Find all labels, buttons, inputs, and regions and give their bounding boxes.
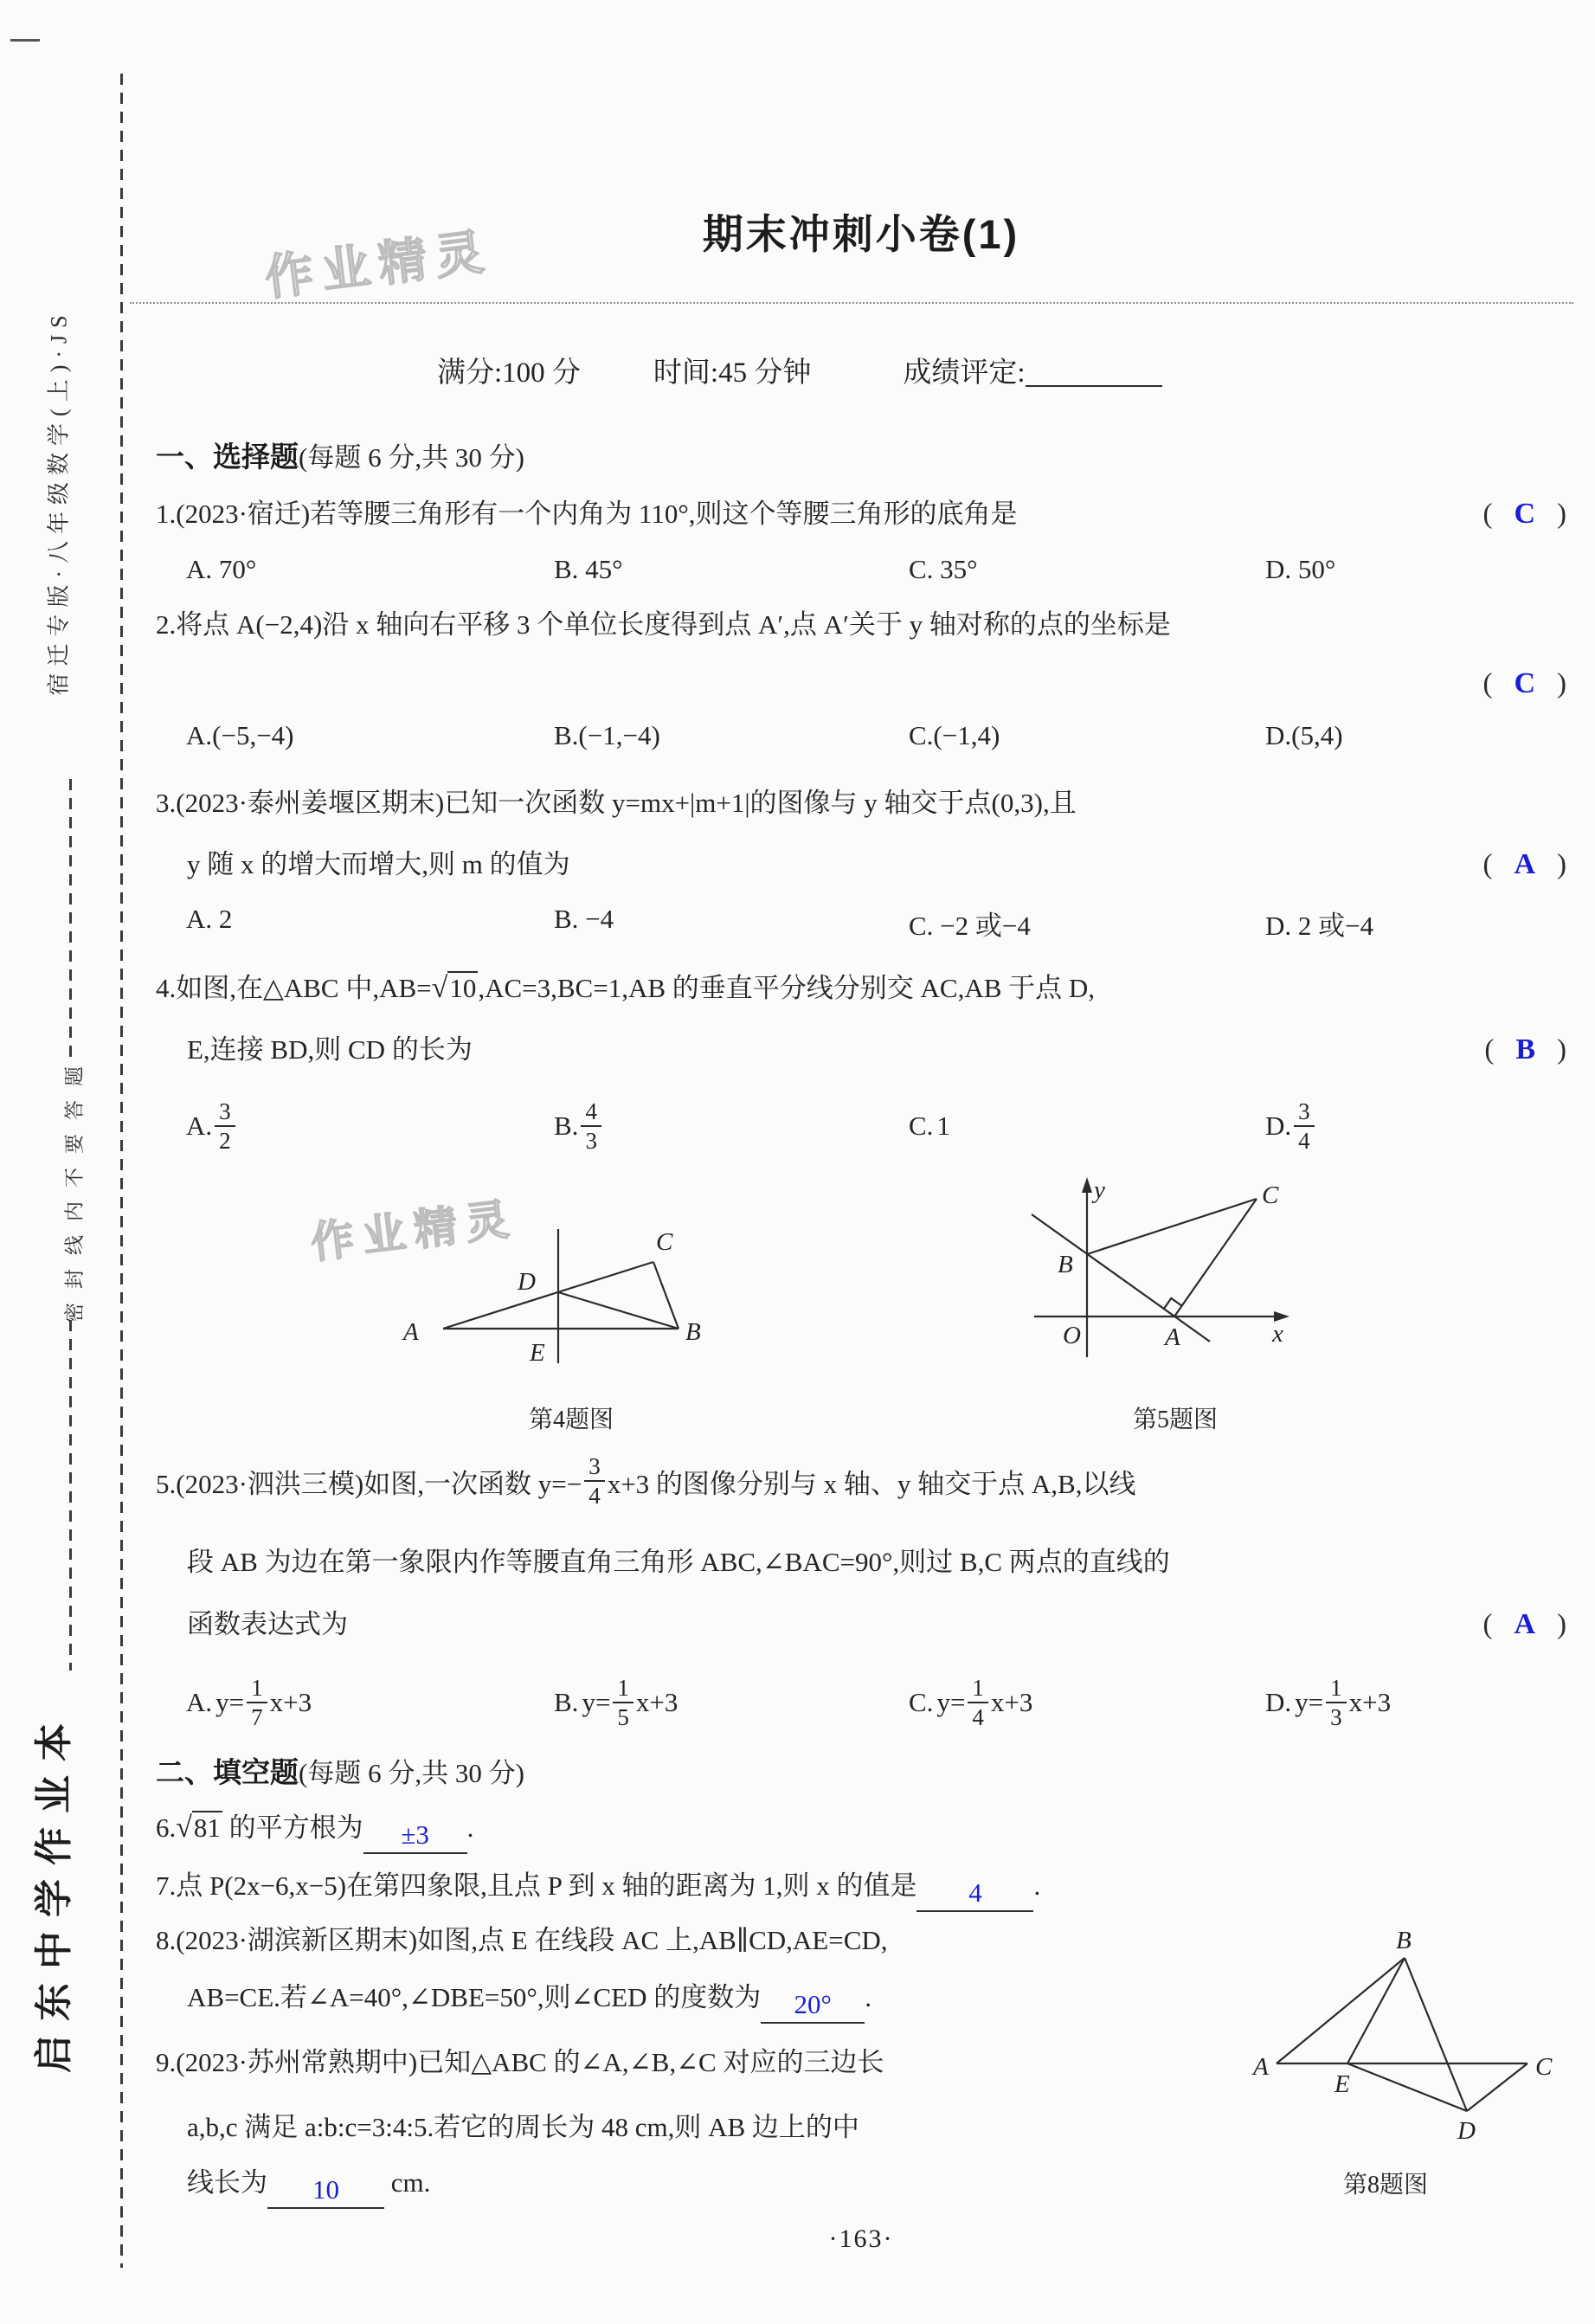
- fig4-line-ac: [443, 1262, 653, 1329]
- section-2-title: 二、填空题: [156, 1756, 299, 1788]
- fig8-label-c: C: [1535, 2053, 1553, 2081]
- fraction: 43: [581, 1099, 601, 1154]
- paren-right: ): [1557, 1034, 1566, 1065]
- question-2-answer: C: [1492, 667, 1557, 699]
- question-8-blank: 20°: [761, 1989, 865, 2024]
- option-value: 1: [933, 1110, 950, 1142]
- question-4-options: A.32 B.43 C.1 D.34: [156, 1092, 1566, 1160]
- fig8-line-ab: [1277, 1958, 1405, 2063]
- fig8-line-dc: [1467, 2063, 1527, 2111]
- option-label: C.: [909, 1687, 933, 1718]
- question-5-text-4: 函数表达式为: [187, 1606, 348, 1644]
- question-8-period: .: [865, 1982, 871, 2012]
- question-3-options: A. 2 B. −4 C. −2 或−4 D. 2 或−4: [156, 904, 1566, 943]
- fig5-label-c: C: [1262, 1181, 1279, 1209]
- paren-right: ): [1557, 849, 1566, 880]
- worksheet-page: 宿迁专版·八年级数学(上)·JS 密封线内不要答题 启东中学作业本 作业精灵 作…: [0, 0, 1595, 2324]
- question-1-answer: C: [1492, 498, 1557, 530]
- option-label: A.: [186, 1110, 212, 1142]
- paren-left: (: [1484, 1034, 1494, 1065]
- question-2-answer-box: (C): [1482, 668, 1566, 699]
- question-4-line-2: E,连接 BD,则 CD 的长为 (B): [156, 1031, 1566, 1069]
- fig8-line-ed: [1347, 2063, 1467, 2111]
- option-d: D. 2 或−4: [1265, 904, 1566, 943]
- section-1-note: (每题 6 分,共 30 分): [299, 442, 524, 473]
- option-c: C.(−1,4): [909, 720, 1265, 751]
- section-2-header: 二、填空题(每题 6 分,共 30 分): [156, 1754, 1566, 1792]
- paren-right: ): [1557, 668, 1566, 699]
- option-label: D.: [1265, 1110, 1291, 1142]
- option-label: D.: [1265, 1687, 1291, 1718]
- question-5-answer: A: [1492, 1608, 1557, 1640]
- question-9-text-2: a,b,c 满足 a:b:c=3:4:5.若它的周长为 48 cm,则 AB 边…: [187, 2112, 859, 2142]
- sqrt-expression: √81: [176, 1812, 222, 1843]
- fig5-line-bc: [1087, 1199, 1257, 1254]
- question-5-text-2: x+3 的图像分别与 x 轴、y 轴交于点 A,B,以线: [608, 1462, 1136, 1501]
- fig5-label-a: A: [1163, 1323, 1180, 1351]
- fig4-label-e: E: [529, 1339, 545, 1367]
- question-6: 6.√81 的平方根为±3.: [156, 1809, 1566, 1847]
- question-5-line-1: 5.(2023·泗洪三模)如图,一次函数 y=−34x+3 的图像分别与 x 轴…: [156, 1447, 1566, 1515]
- sqrt-expression: √10: [432, 973, 479, 1003]
- option-c: C.y=14x+3: [909, 1676, 1265, 1730]
- seal-dashed-line-outer: [120, 74, 123, 2268]
- question-5-options: A.y=17x+3 B.y=15x+3 C.y=14x+3 D.y=13x+3: [156, 1669, 1566, 1736]
- question-1: 1.(2023·宿迁)若等腰三角形有一个内角为 110°,则这个等腰三角形的底角…: [156, 495, 1566, 533]
- figure-q4-caption: 第4题图: [529, 1400, 614, 1435]
- option-label: A.: [186, 1687, 212, 1718]
- question-6-period: .: [467, 1812, 474, 1843]
- option-b: B.43: [554, 1099, 909, 1154]
- seal-dashed-line-inner-top: [69, 779, 72, 1060]
- figure-q8-triangle-diagram: B A E C D: [1238, 1926, 1584, 2155]
- seal-dashed-line-inner-bottom: [69, 1320, 72, 1671]
- question-7-period: .: [1033, 1870, 1040, 1901]
- option-a: A. 2: [186, 904, 554, 943]
- question-1-answer-box: (C): [1482, 495, 1566, 533]
- figure-q4-triangle-diagram: A B C D E: [363, 1203, 874, 1407]
- question-6-number: 6.: [156, 1812, 176, 1843]
- option-b: B. 45°: [554, 554, 909, 585]
- paren-left: (: [1482, 1609, 1492, 1640]
- question-4-answer: B: [1494, 1033, 1557, 1065]
- option-label: C.: [909, 1110, 933, 1142]
- option-d: D.34: [1265, 1099, 1566, 1154]
- question-9-text-3: 线长为: [187, 2167, 267, 2198]
- radical-sign: √: [176, 1812, 192, 1844]
- fig5-label-y: y: [1091, 1176, 1105, 1204]
- question-4-answer-box: (B): [1484, 1031, 1566, 1069]
- question-3-answer-box: (A): [1482, 846, 1566, 884]
- fig5-y-arrow: [1082, 1177, 1092, 1193]
- fraction: 32: [215, 1099, 235, 1154]
- question-4-text-2: ,AC=3,BC=1,AB 的垂直平分线分别交 AC,AB 于点 D,: [478, 973, 1095, 1003]
- question-5-text-3: 段 AB 为边在第一象限内作等腰直角三角形 ABC,∠BAC=90°,则过 B,…: [187, 1547, 1170, 1577]
- fig4-line-cb: [653, 1262, 679, 1329]
- option-d: D. 50°: [1265, 554, 1566, 585]
- question-2-options: A.(−5,−4) B.(−1,−4) C.(−1,4) D.(5,4): [156, 720, 1566, 751]
- fraction: 17: [247, 1676, 267, 1730]
- option-label: B.: [554, 1687, 578, 1718]
- option-c: C.1: [909, 1110, 1265, 1142]
- question-3-text-1: 3.(2023·泰州姜堰区期末)已知一次函数 y=mx+|m+1|的图像与 y …: [156, 788, 1077, 818]
- question-8-text-1: 8.(2023·湖滨新区期末)如图,点 E 在线段 AC 上,AB∥CD,AE=…: [156, 1925, 888, 1955]
- question-9-answer: 10: [312, 2174, 339, 2205]
- question-3-answer: A: [1492, 848, 1557, 880]
- question-1-options: A. 70° B. 45° C. 35° D. 50°: [156, 554, 1566, 585]
- question-4-text-1: 4.如图,在△ABC 中,AB=: [156, 973, 432, 1003]
- fig5-label-x: x: [1271, 1320, 1283, 1348]
- question-3-line-2: y 随 x 的增大而增大,则 m 的值为 (A): [156, 846, 1566, 884]
- question-2-answer-row: (C): [156, 665, 1566, 703]
- question-8-answer: 20°: [794, 1989, 832, 2019]
- question-5-line-2: 段 AB 为边在第一象限内作等腰直角三角形 ABC,∠BAC=90°,则过 B,…: [156, 1543, 1566, 1581]
- fraction: 34: [584, 1454, 605, 1509]
- option-a: A. 70°: [186, 554, 554, 585]
- question-6-answer: ±3: [401, 1819, 429, 1850]
- radical-sign: √: [432, 972, 448, 1004]
- question-4-line-1: 4.如图,在△ABC 中,AB=√10,AC=3,BC=1,AB 的垂直平分线分…: [156, 969, 1566, 1007]
- question-9-unit: cm.: [384, 2167, 430, 2198]
- question-6-blank: ±3: [363, 1819, 467, 1854]
- radicand: 10: [447, 971, 478, 1003]
- section-1-header: 一、选择题(每题 6 分,共 30 分): [156, 438, 1566, 476]
- sidebar-edition-text: 宿迁专版·八年级数学(上)·JS: [42, 308, 74, 695]
- question-9-text-1: 9.(2023·苏州常熟期中)已知△ABC 的∠A,∠B,∠C 对应的三边长: [156, 2047, 884, 2077]
- question-2-text: 2.将点 A(−2,4)沿 x 轴向右平移 3 个单位长度得到点 A′,点 A′…: [156, 609, 1171, 640]
- figure-q8-caption: 第8题图: [1343, 2166, 1428, 2200]
- fig8-label-e: E: [1334, 2070, 1350, 2098]
- fig8-label-d: D: [1457, 2117, 1476, 2145]
- fraction: 13: [1326, 1676, 1347, 1730]
- paren-left: (: [1482, 499, 1492, 530]
- option-d: D.(5,4): [1265, 720, 1566, 751]
- sidebar-seal-text: 密封线内不要答题: [59, 1053, 87, 1323]
- question-1-text: 1.(2023·宿迁)若等腰三角形有一个内角为 110°,则这个等腰三角形的底角…: [156, 495, 1017, 533]
- figure-q5-coordinate-diagram: y x O A B C: [995, 1175, 1324, 1387]
- question-3-line-1: 3.(2023·泰州姜堰区期末)已知一次函数 y=mx+|m+1|的图像与 y …: [156, 784, 1566, 822]
- option-a: A.y=17x+3: [186, 1676, 554, 1730]
- fig4-label-c: C: [656, 1228, 673, 1256]
- question-9-blank: 10: [267, 2174, 384, 2209]
- fraction: 34: [1294, 1099, 1315, 1154]
- sidebar-brand-text: 启东中学作业本: [23, 1709, 78, 2073]
- question-7-blank: 4: [916, 1877, 1033, 1912]
- option-c: C. −2 或−4: [909, 904, 1265, 943]
- question-7-answer: 4: [968, 1877, 982, 1908]
- fig8-label-a: A: [1251, 2053, 1269, 2081]
- question-7-text: 7.点 P(2x−6,x−5)在第四象限,且点 P 到 x 轴的距离为 1,则 …: [156, 1870, 916, 1901]
- option-b: B.y=15x+3: [554, 1676, 909, 1730]
- option-a: A.32: [186, 1099, 554, 1154]
- paren-right: ): [1557, 1609, 1566, 1640]
- fig4-line-db: [558, 1292, 679, 1329]
- option-d: D.y=13x+3: [1265, 1676, 1566, 1730]
- question-8-text-2: AB=CE.若∠A=40°,∠DBE=50°,则∠CED 的度数为: [187, 1982, 761, 2012]
- fig8-line-bd: [1405, 1958, 1467, 2111]
- figure-q5-caption: 第5题图: [1133, 1400, 1218, 1435]
- fig8-line-be: [1347, 1958, 1405, 2063]
- question-5-line-3: 函数表达式为 (A): [156, 1606, 1566, 1644]
- question-3-text-2: y 随 x 的增大而增大,则 m 的值为: [187, 846, 570, 884]
- option-b: B.(−1,−4): [554, 720, 909, 751]
- fig5-line-ac: [1174, 1199, 1257, 1317]
- option-b: B. −4: [554, 904, 909, 943]
- corner-crop-mark: [10, 39, 40, 42]
- fraction: 14: [968, 1676, 988, 1730]
- fig4-label-a: A: [402, 1318, 419, 1346]
- question-2: 2.将点 A(−2,4)沿 x 轴向右平移 3 个单位长度得到点 A′,点 A′…: [156, 606, 1566, 644]
- fig8-label-b: B: [1396, 1927, 1412, 1954]
- fig4-label-b: B: [685, 1318, 701, 1346]
- fig4-label-d: D: [517, 1268, 536, 1296]
- section-2-note: (每题 6 分,共 30 分): [299, 1758, 524, 1788]
- option-a: A.(−5,−4): [186, 720, 554, 751]
- question-4-text-3: E,连接 BD,则 CD 的长为: [187, 1031, 473, 1069]
- fraction: 15: [613, 1676, 633, 1730]
- page-number: ·163·: [156, 2224, 1566, 2254]
- fig5-right-angle-mark: [1164, 1298, 1182, 1309]
- question-7: 7.点 P(2x−6,x−5)在第四象限,且点 P 到 x 轴的距离为 1,则 …: [156, 1867, 1566, 1905]
- paren-left: (: [1482, 849, 1492, 880]
- option-c: C. 35°: [909, 554, 1265, 585]
- paren-left: (: [1482, 668, 1492, 699]
- question-5-answer-box: (A): [1482, 1606, 1566, 1644]
- fig5-label-b: B: [1058, 1251, 1073, 1278]
- paren-right: ): [1557, 499, 1566, 530]
- section-1-title: 一、选择题: [156, 441, 299, 473]
- fig5-label-o: O: [1063, 1322, 1081, 1349]
- radicand: 81: [192, 1811, 222, 1843]
- option-label: B.: [554, 1110, 578, 1142]
- question-6-text: 的平方根为: [222, 1812, 363, 1843]
- question-5-text-1: 5.(2023·泗洪三模)如图,一次函数 y=−: [156, 1462, 582, 1501]
